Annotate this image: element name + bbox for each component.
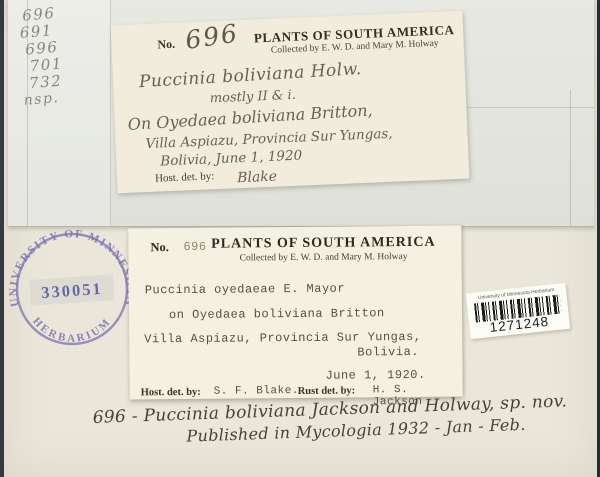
university-herbarium-stamp: UNIVERSITY OF MINNESOTA · HERBARIUM · 33…: [6, 226, 138, 354]
packet-fold-line: [570, 90, 571, 226]
host-plant-typed: on Oyedaea boliviana Britton: [169, 306, 385, 322]
packet-fold-line: [452, 107, 594, 108]
margin-number: 732: [29, 72, 65, 92]
host-det-value-handwritten: Blake: [237, 169, 278, 187]
host-det-label: Host. det. by:: [155, 170, 215, 184]
host-det-label: Host. det. by:: [141, 387, 201, 399]
date-handwritten: Bolivia, June 1, 1920: [160, 148, 302, 170]
species-name-typed: Puccinia oyedaeae E. Mayor: [145, 282, 345, 298]
label-title: PLANTS OF SOUTH AMERICA: [208, 235, 438, 253]
stage-note-handwritten: mostly II & i.: [209, 88, 296, 107]
label-no-prefix: No.: [150, 240, 169, 255]
date-typed: June 1, 1920.: [325, 368, 425, 383]
label-no-prefix: No.: [157, 37, 175, 53]
rust-det-label: Rust det. by:: [298, 385, 356, 397]
locality-country-typed: Bolivia.: [357, 345, 419, 360]
locality-typed: Villa Aspiazu, Provincia Sur Yungas,: [144, 330, 421, 346]
typed-label-card: No. 696 PLANTS OF SOUTH AMERICA Collecte…: [128, 226, 462, 400]
species-name-handwritten: Puccinia boliviana Holw.: [138, 59, 362, 92]
scan-edge-left: [0, 0, 4, 477]
herbarium-scan: 696 691 696 701 732 nsp. No. 696 PLANTS …: [0, 0, 600, 477]
label-subtitle: Collected by E. W. D. and Mary M. Holway: [208, 252, 438, 264]
collection-number-handwritten: 696: [183, 18, 240, 55]
host-det-value: S. F. Blake.: [214, 385, 299, 398]
handwritten-label-card: No. 696 PLANTS OF SOUTH AMERICA Collecte…: [111, 11, 470, 194]
collection-number-typed: 696: [183, 240, 206, 254]
